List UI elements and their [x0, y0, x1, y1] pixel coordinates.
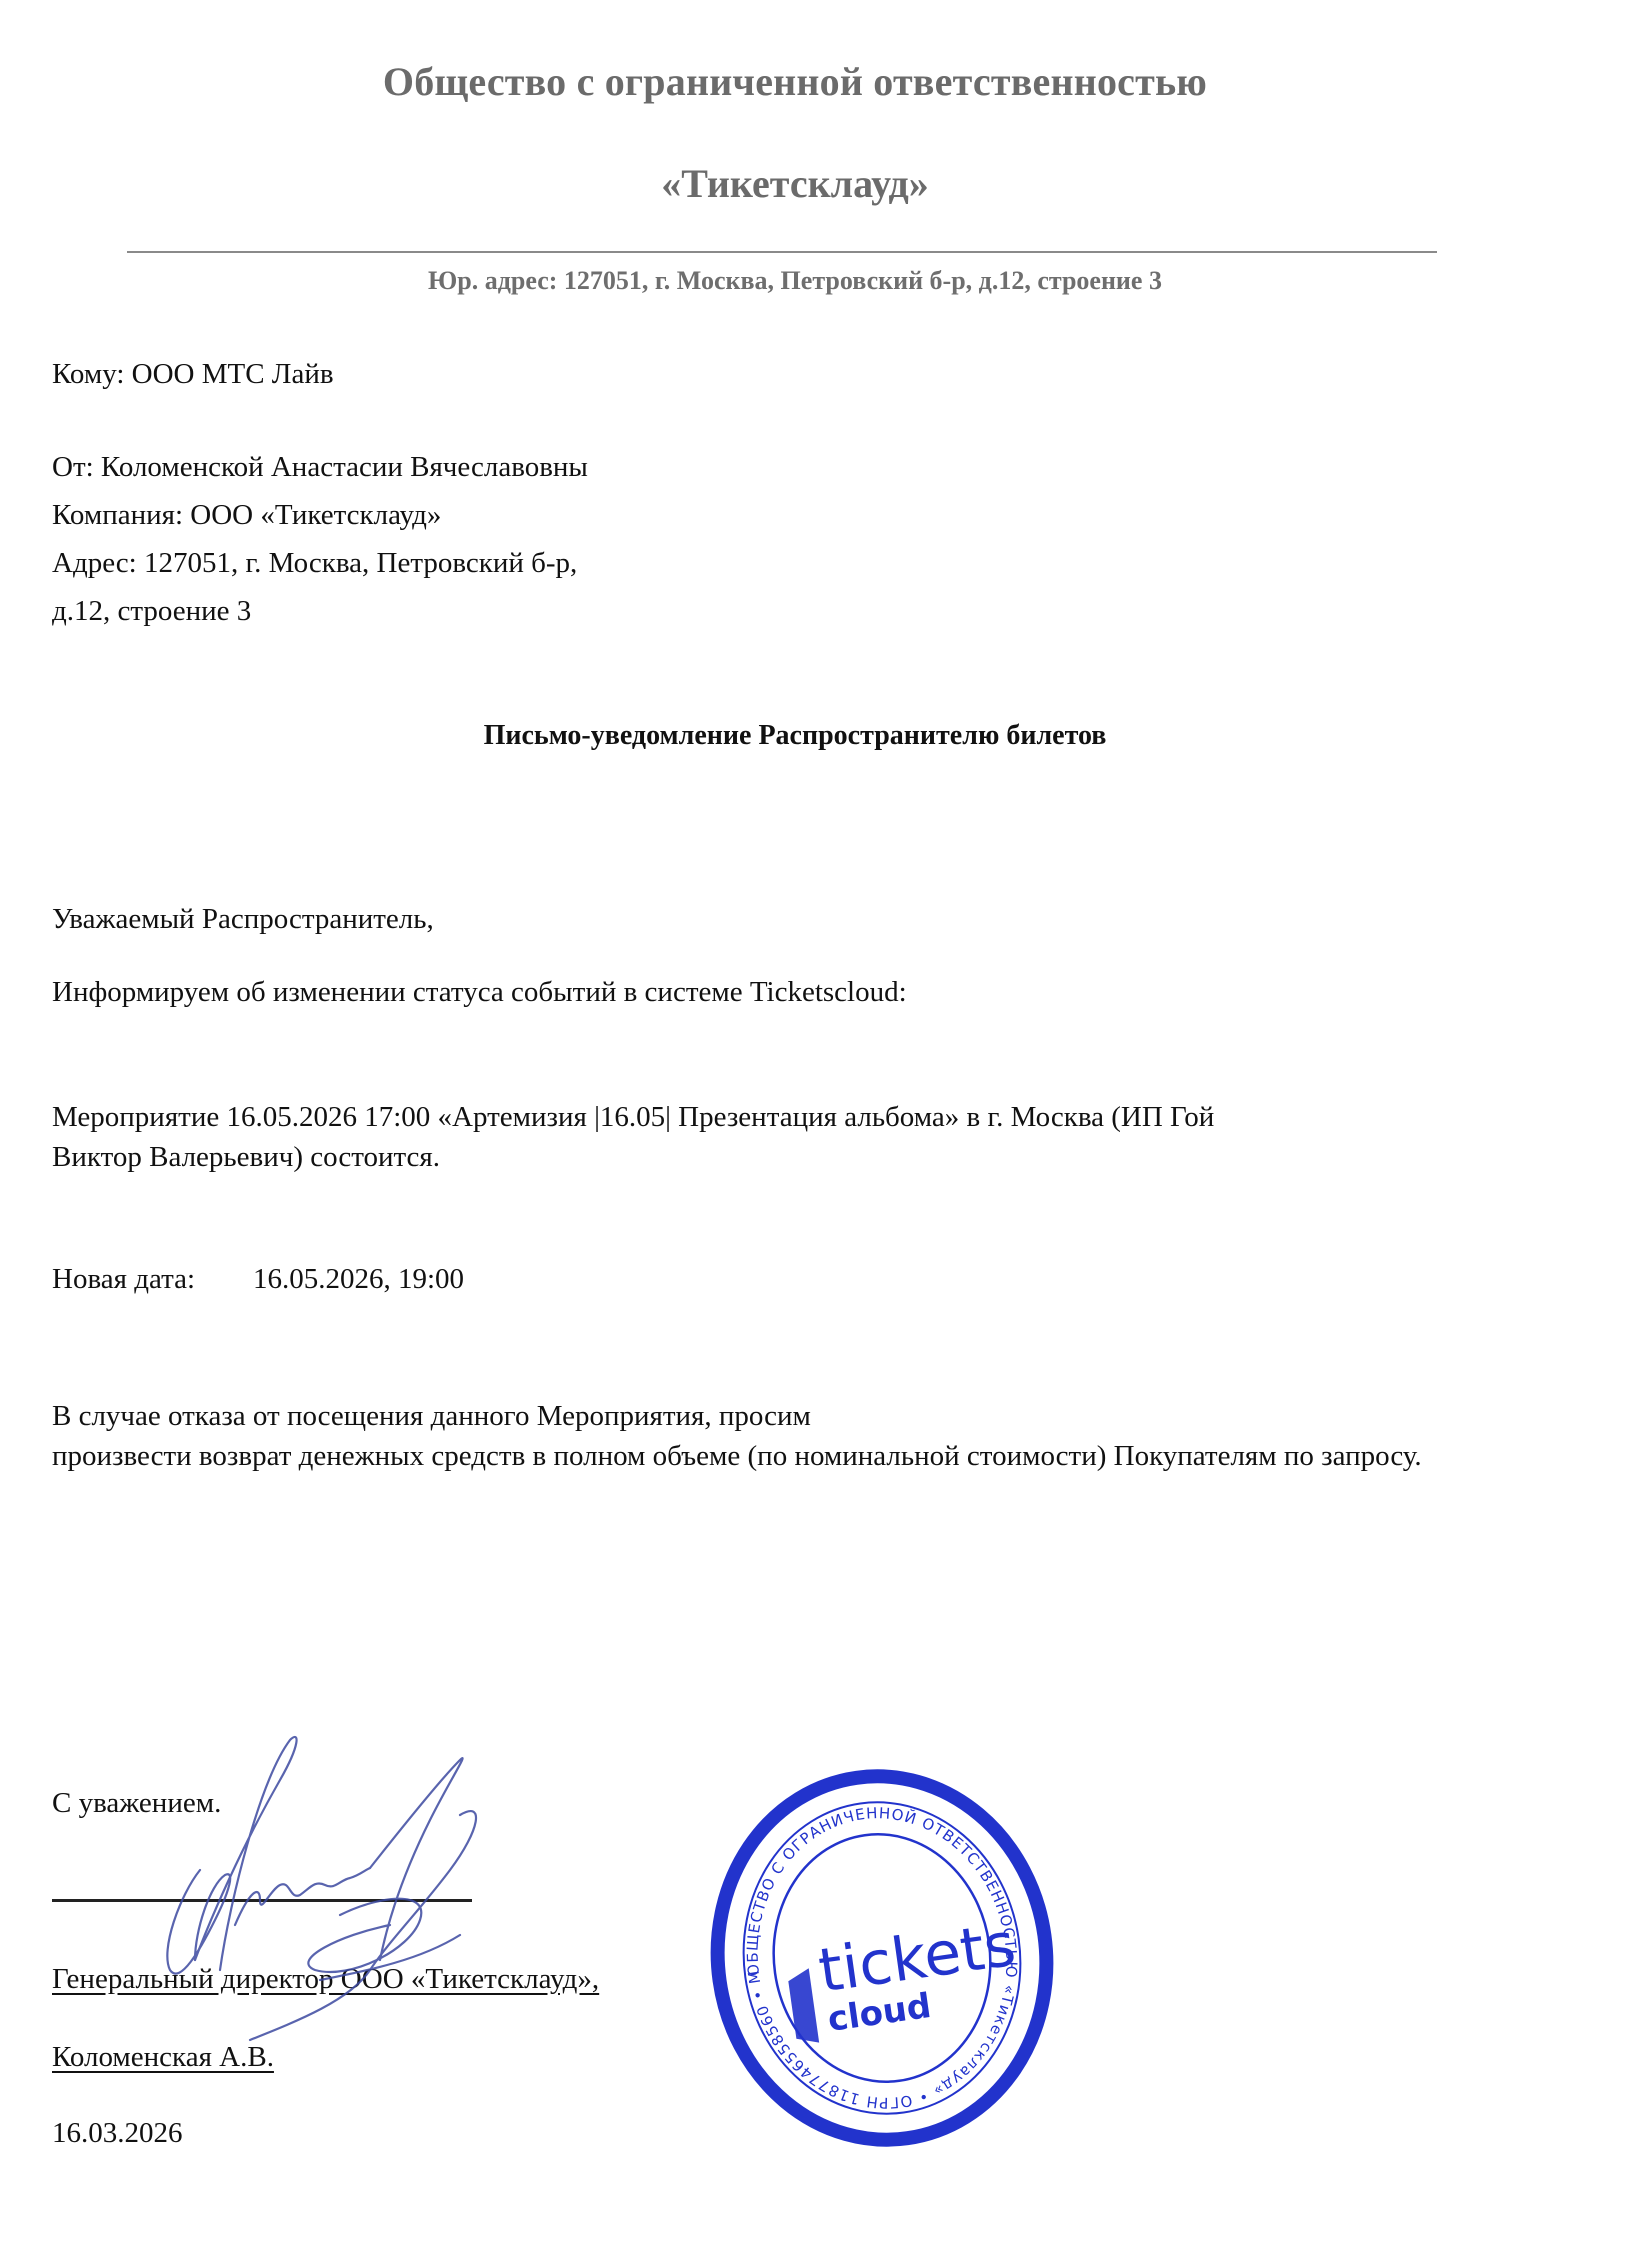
refund-line2: произвести возврат денежных средств в по…	[52, 1436, 1422, 1476]
event-line2: Виктор Валерьевич) состоится.	[52, 1137, 1452, 1177]
new-date-value: 16.05.2026, 19:00	[253, 1263, 464, 1295]
sender-block: От: Коломенской Анастасии Вячеславовны К…	[52, 443, 588, 635]
sender-company: Компания: ООО «Тикетсклауд»	[52, 491, 588, 539]
inform-line: Информируем об изменении статуса событий…	[52, 975, 907, 1009]
header-divider	[127, 251, 1437, 253]
recipient-line: Кому: ООО МТС Лайв	[52, 357, 334, 391]
handwritten-signature-icon	[140, 1720, 520, 2050]
new-date-row: Новая дата:16.05.2026, 19:00	[52, 1262, 464, 1296]
event-description: Мероприятие 16.05.2026 17:00 «Артемизия …	[52, 1097, 1452, 1177]
greeting: Уважаемый Распространитель,	[52, 902, 434, 936]
legal-address: Юр. адрес: 127051, г. Москва, Петровский…	[0, 266, 1590, 296]
event-line1: Мероприятие 16.05.2026 17:00 «Артемизия …	[52, 1097, 1452, 1137]
refund-line1: В случае отказа от посещения данного Мер…	[52, 1396, 1422, 1436]
company-stamp-icon: ИНН 7703459471 • ИНН 7703459471 • ИНН 77…	[708, 1768, 1056, 2148]
letter-title: Письмо-уведомление Распространителю биле…	[0, 720, 1590, 752]
new-date-label: Новая дата:	[52, 1262, 253, 1296]
sender-address-line1: Адрес: 127051, г. Москва, Петровский б-р…	[52, 539, 588, 587]
sender-from: От: Коломенской Анастасии Вячеславовны	[52, 443, 588, 491]
sender-address-line2: д.12, строение 3	[52, 587, 588, 635]
refund-paragraph: В случае отказа от посещения данного Мер…	[52, 1396, 1422, 1476]
company-name-line2: «Тикетсклауд»	[0, 160, 1590, 207]
signed-date: 16.03.2026	[52, 2116, 183, 2150]
company-name-line1: Общество с ограниченной ответственностью	[0, 58, 1590, 105]
